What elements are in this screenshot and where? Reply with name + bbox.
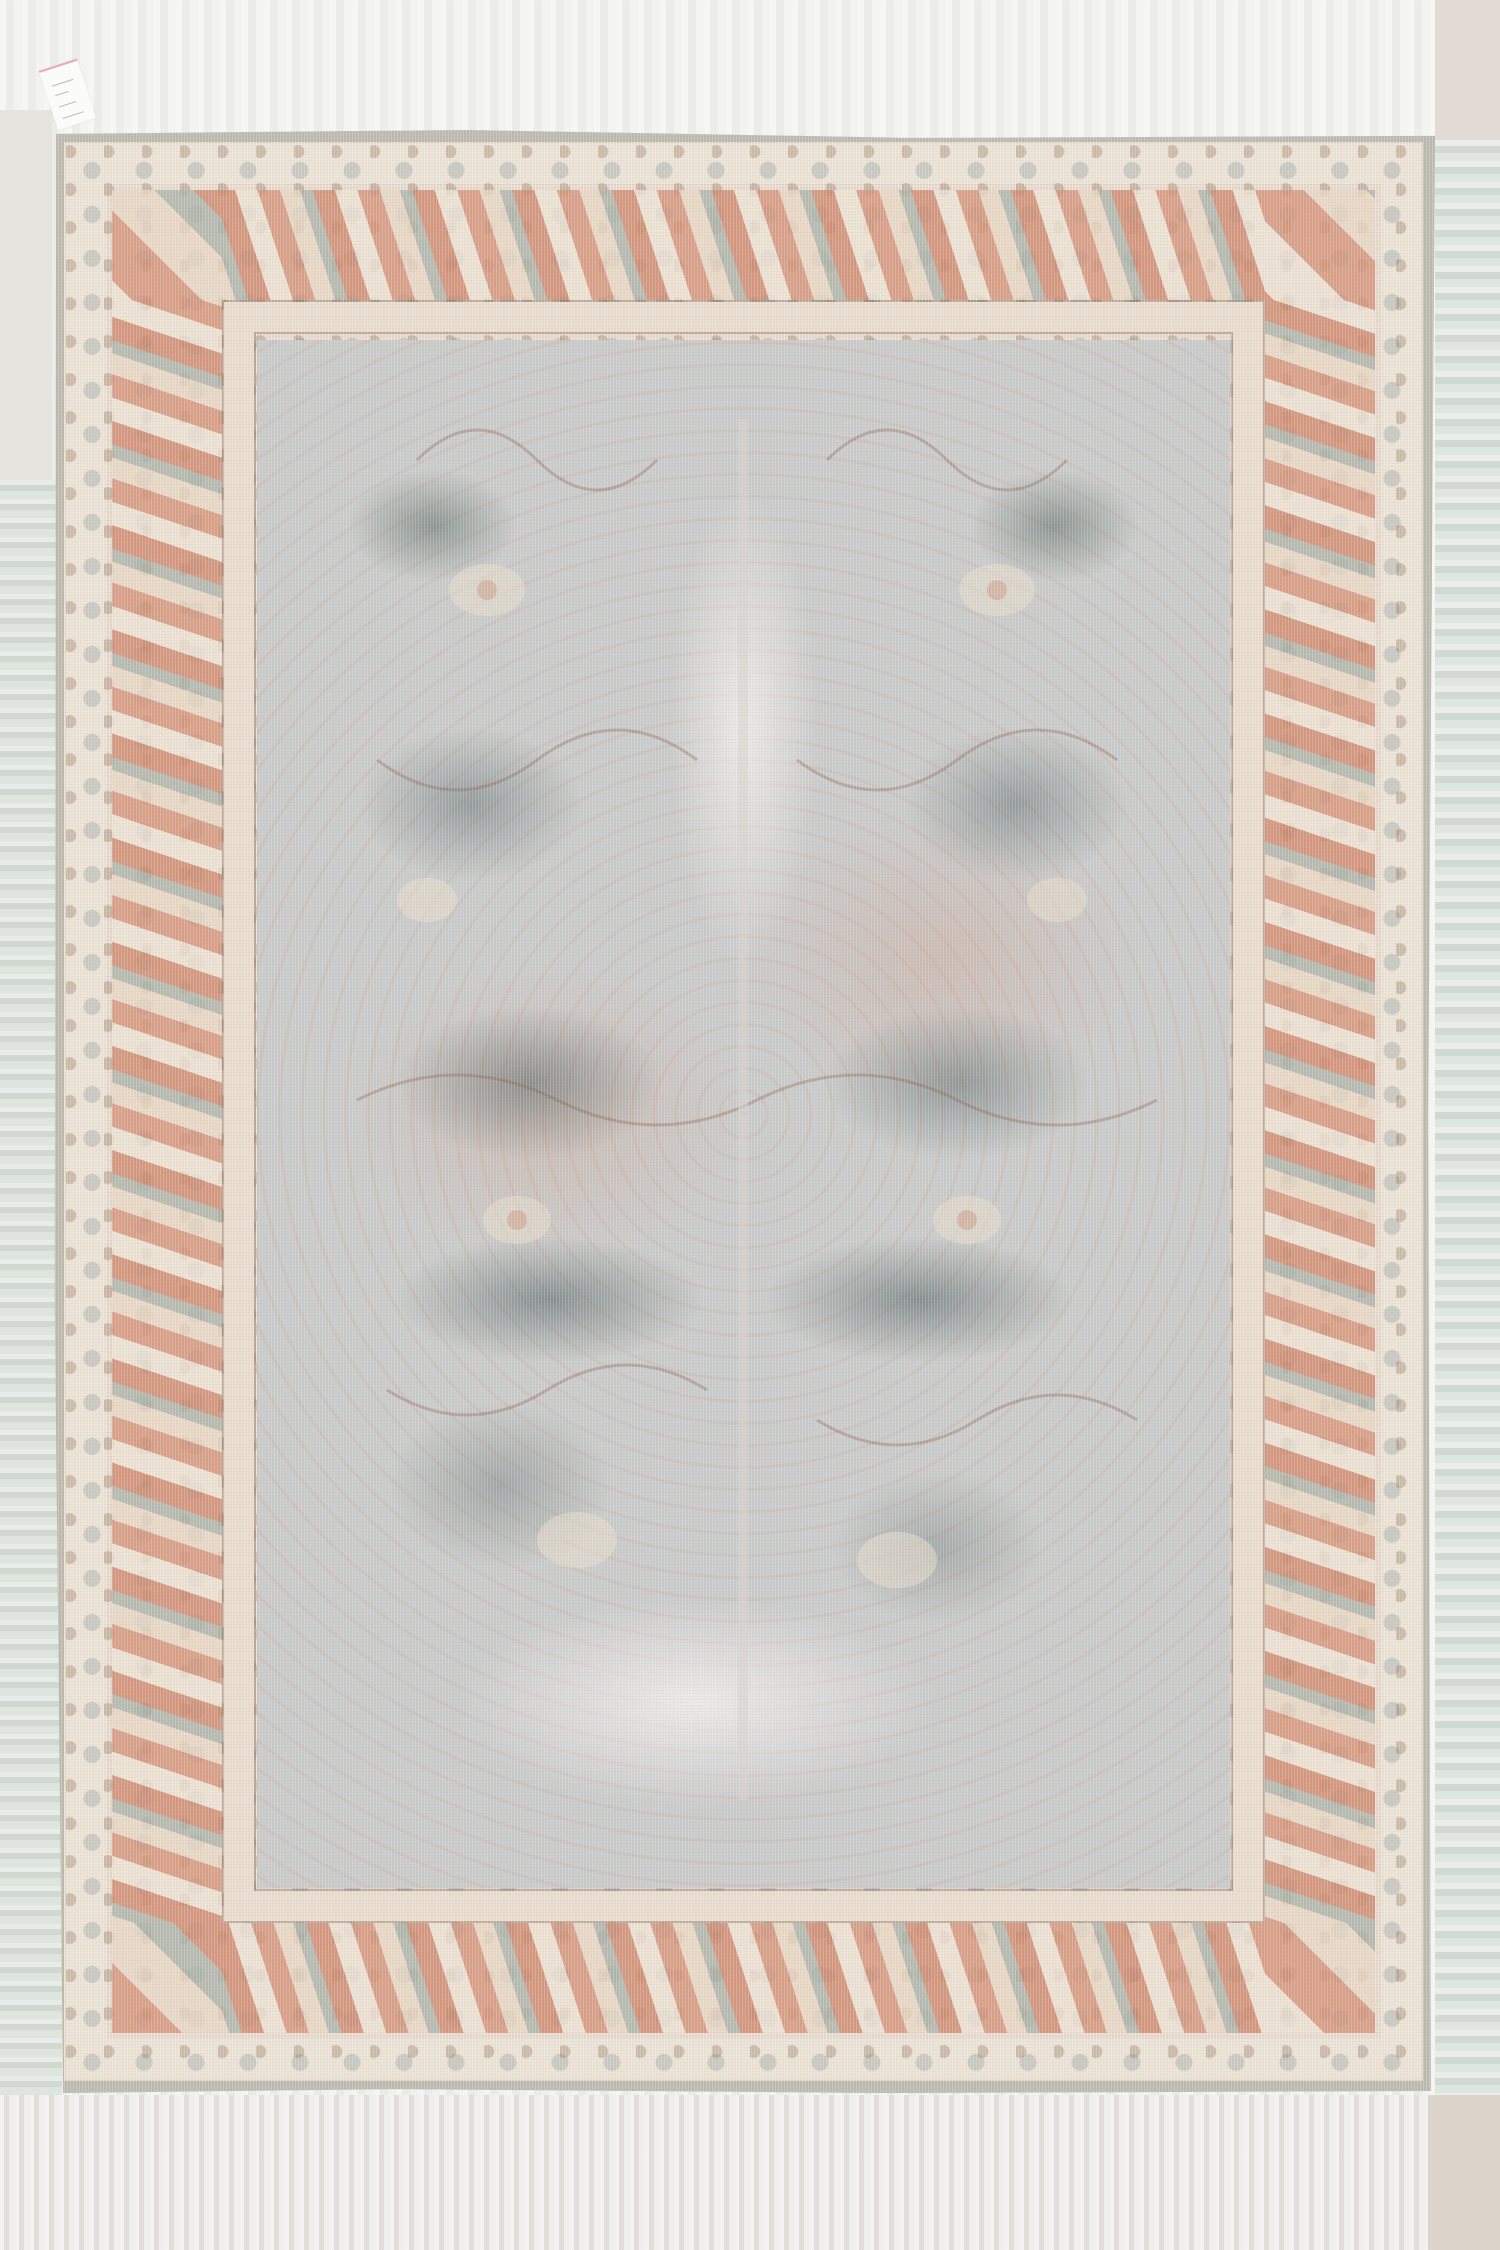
backdrop-panel-left-top — [0, 110, 52, 480]
tag-handwriting-line — [63, 111, 84, 119]
tag-handwriting-line — [52, 79, 73, 87]
backdrop-strip-left — [0, 480, 62, 2100]
rug — [52, 130, 1435, 2093]
backdrop-strip-right — [1435, 140, 1500, 2095]
rug-field — [257, 340, 1230, 1888]
backdrop-strip-bottom — [0, 2095, 1428, 2250]
tag-handwriting-line — [59, 101, 76, 108]
tag-handwriting-line — [55, 91, 69, 96]
backdrop-corner-top-right — [1435, 0, 1500, 140]
field-floral-motifs — [257, 340, 1230, 1888]
backdrop-corner-bottom-right — [1428, 2095, 1500, 2250]
